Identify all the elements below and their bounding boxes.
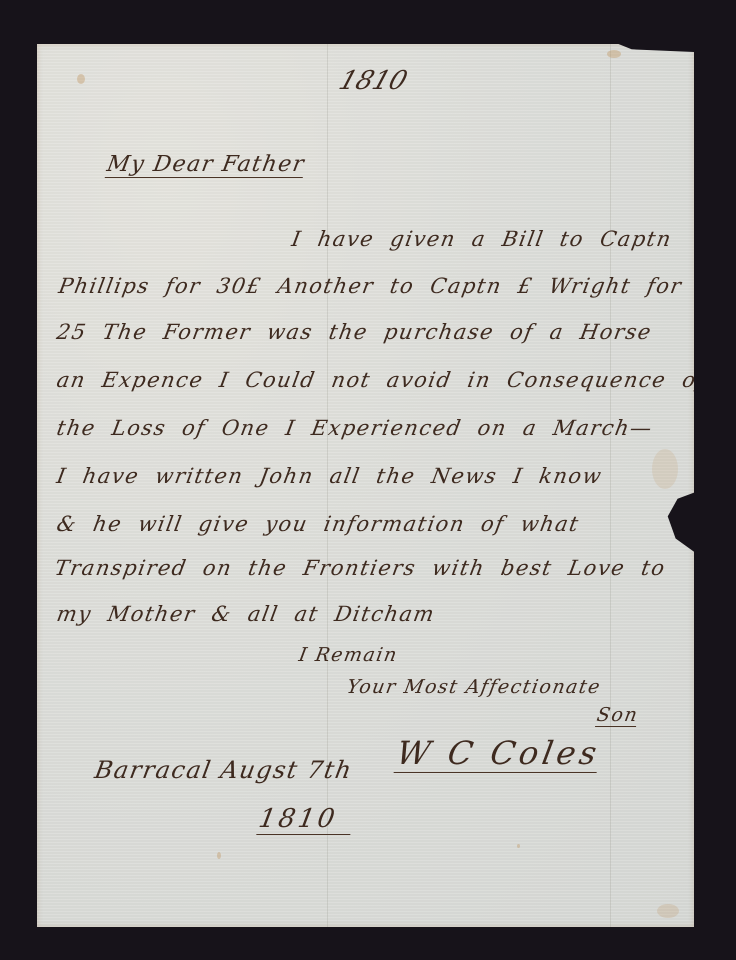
salutation: My Dear Father	[105, 152, 307, 178]
closing-line: I Remain	[297, 644, 400, 666]
foxing-stain	[217, 852, 221, 859]
foxing-stain	[517, 844, 520, 848]
signature: W C Coles	[394, 734, 604, 773]
foxing-stain	[77, 74, 85, 84]
closing-line: Your Most Affectionate	[345, 676, 603, 698]
letter-paper: 1810 My Dear Father I have given a Bill …	[37, 44, 694, 927]
letter-line: my Mother & all at Ditcham	[55, 602, 437, 626]
place-date: Barracal Augst 7th	[93, 756, 355, 784]
letter-line: Transpired on the Frontiers with best Lo…	[53, 556, 668, 580]
paper-fold-line	[610, 44, 611, 927]
footer-year: 1810	[256, 804, 356, 835]
tear-stain	[652, 449, 678, 489]
letter-line: Phillips for 30£ Another to Captn £ Wrig…	[57, 274, 684, 298]
header-year: 1810	[335, 66, 411, 96]
letter-line: I have written John all the News I know	[55, 464, 605, 488]
foxing-stain	[657, 904, 679, 918]
letter-line: 25 The Former was the purchase of a Hors…	[55, 320, 654, 344]
foxing-stain	[607, 50, 621, 58]
closing-line: Son	[595, 704, 640, 727]
letter-line: the Loss of One I Experienced on a March…	[55, 416, 655, 440]
letter-line: & he will give you information of what	[55, 512, 582, 536]
letter-line: an Expence I Could not avoid in Conseque…	[55, 368, 708, 392]
letter-line: I have given a Bill to Captn	[290, 227, 674, 251]
